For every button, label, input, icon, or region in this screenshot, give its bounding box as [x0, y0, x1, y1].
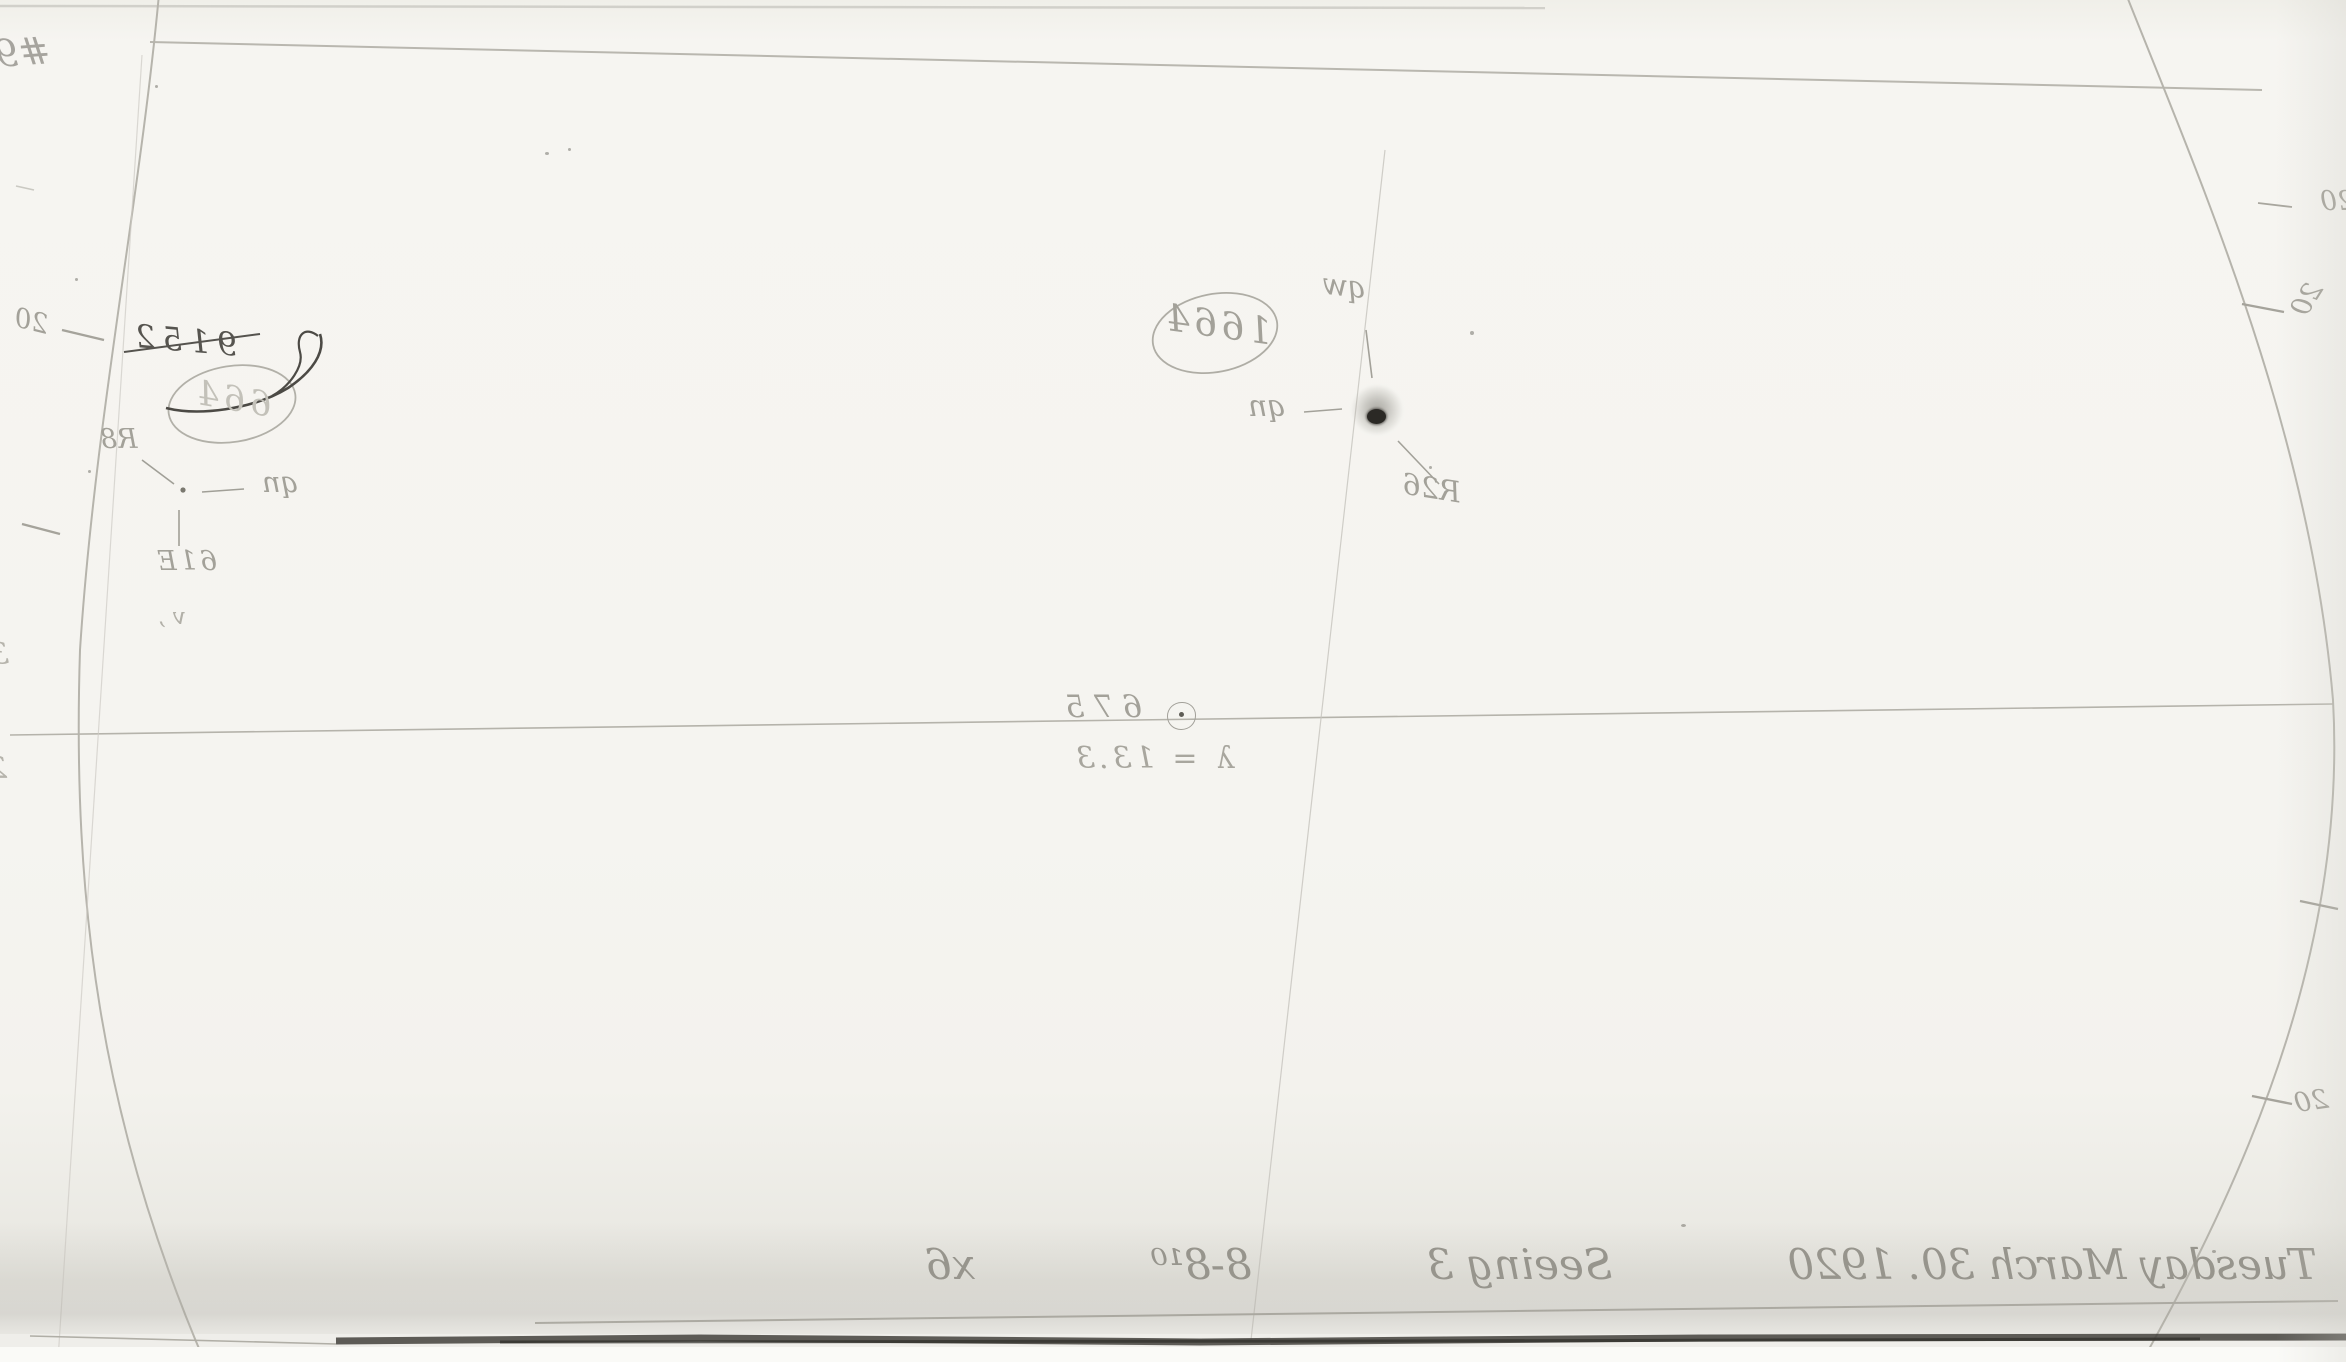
- main-leader-qw: [1366, 330, 1372, 378]
- tick-left-10: [22, 524, 60, 534]
- limb-label-right-20-lower: 20: [2292, 1086, 2330, 1118]
- ink-flourish-loop: [272, 332, 318, 396]
- time-text: 8-8¹⁰: [1150, 1240, 1251, 1289]
- edge-partial-numeral-upper: 3: [0, 640, 9, 670]
- paper-speck: [1429, 466, 1432, 469]
- bottom-left-edge-line: [30, 1336, 336, 1344]
- edge-partial-numeral-lower: 2: [0, 754, 7, 784]
- west-group-label-r8: R8: [100, 426, 138, 453]
- end-mark-text: x6: [925, 1240, 975, 1289]
- west-group-label-qn: qn: [262, 468, 299, 497]
- disk-linework: [0, 0, 2346, 1362]
- seeing-text: Seeing 3: [1427, 1240, 1613, 1289]
- west-group-new-number: 9152: [127, 319, 239, 360]
- west-small-spot: [180, 487, 185, 492]
- west-leader-qn: [202, 489, 244, 492]
- center-latitude: λ = 13.3: [1072, 744, 1234, 774]
- limb-label-left-20: 20: [11, 304, 51, 339]
- west-group-marks: v ,: [158, 606, 186, 629]
- paper-speck: [88, 470, 91, 473]
- top-edge-line: [0, 6, 1545, 8]
- bottom-white-strip: [0, 1347, 2346, 1362]
- limb-label-right-margin-20: 20: [2320, 188, 2346, 215]
- sunspot-drawing-scan: #94 9152 664 R8 qn 61E v , 1664 qw qn R2…: [0, 0, 2346, 1362]
- paper-speck: [1470, 331, 1474, 335]
- crease-line: [58, 55, 142, 1360]
- tick-left-edge: [16, 186, 34, 190]
- tick-right-20-lower: [2252, 1096, 2292, 1104]
- tick-right-margin: [2258, 203, 2292, 207]
- paper-speck: [545, 152, 549, 155]
- main-group-label-qn: qn: [1248, 392, 1287, 422]
- date-baseline: [535, 1301, 2338, 1323]
- west-leader-r8: [142, 460, 174, 484]
- tick-left-20: [62, 330, 104, 340]
- main-leader-qn: [1304, 409, 1342, 412]
- sunspot-umbra: [1367, 409, 1386, 424]
- paper-speck: [2212, 1250, 2216, 1253]
- upper-chord-line: [150, 42, 2262, 90]
- main-group-label-qw: qw: [1321, 270, 1369, 305]
- paper-speck: [75, 278, 78, 281]
- left-limb-arc: [79, 0, 206, 1362]
- paper-speck: [568, 148, 571, 151]
- tick-right-20-upper: [2242, 304, 2284, 312]
- west-group-label-61e: 61E: [154, 548, 217, 575]
- paper-speck: [155, 85, 158, 88]
- right-limb-arc: [2126, 0, 2334, 1362]
- main-group-label-r26: R26: [1400, 470, 1463, 508]
- date-text: Tuesday March 30. 1920: [1787, 1240, 2317, 1289]
- circled-dot-center: [1179, 712, 1184, 717]
- corner-number: #94: [0, 31, 51, 75]
- center-group-number: 675: [1056, 692, 1142, 723]
- paper-speck: [1681, 1224, 1686, 1227]
- date-line: Tuesday March 30. 1920 Seeing 3 8-8¹⁰ x6: [925, 1240, 2317, 1289]
